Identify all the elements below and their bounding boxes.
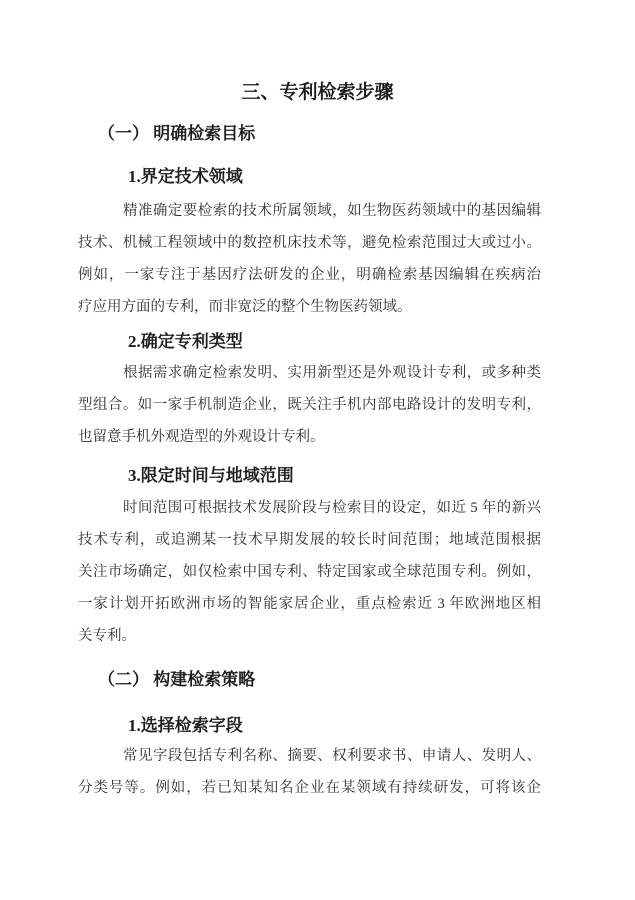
paragraph-line: 一家计划开拓欧洲市场的智能家居企业，重点检索近 3 年欧洲地区相 bbox=[78, 588, 541, 620]
paragraph-patent-type: 根据需求确定检索发明、实用新型还是外观设计专利，或多种类 型组合。如一家手机制造… bbox=[78, 357, 541, 453]
paragraph-line: 疗应用方面的专利，而非宽泛的整个生物医药领域。 bbox=[78, 291, 541, 323]
subsection-heading-2-1: 1.选择检索字段 bbox=[128, 717, 541, 735]
subsection-heading-1-2: 2.确定专利类型 bbox=[128, 333, 541, 351]
section-heading-2: （二） 构建检索策略 bbox=[98, 671, 541, 689]
section-heading-1: （一） 明确检索目标 bbox=[98, 125, 541, 143]
paragraph-line: 常见字段包括专利名称、摘要、权利要求书、申请人、发明人、 bbox=[78, 740, 541, 772]
paragraph-line: 关专利。 bbox=[78, 620, 541, 652]
paragraph-line: 分类号等。例如，若已知某知名企业在某领域有持续研发，可将该企 bbox=[78, 772, 541, 804]
paragraph-line: 时间范围可根据技术发展阶段与检索目的设定，如近 5 年的新兴 bbox=[78, 492, 541, 524]
paragraph-line: 型组合。如一家手机制造企业，既关注手机内部电路设计的发明专利， bbox=[78, 389, 541, 421]
subsection-heading-1-1: 1.界定技术领域 bbox=[128, 168, 541, 186]
subsection-heading-1-3: 3.限定时间与地域范围 bbox=[128, 467, 541, 485]
paragraph-line: 精准确定要检索的技术所属领域，如生物医药领域中的基因编辑 bbox=[78, 195, 541, 227]
paragraph-time-region-scope: 时间范围可根据技术发展阶段与检索目的设定，如近 5 年的新兴 技术专利，或追溯某… bbox=[78, 492, 541, 652]
document-body: （一） 明确检索目标 1.界定技术领域 精准确定要检索的技术所属领域，如生物医药… bbox=[78, 125, 541, 804]
paragraph-line: 技术、机械工程领域中的数控机床技术等，避免检索范围过大或过小。 bbox=[78, 227, 541, 259]
paragraph-line: 技术专利，或追溯某一技术早期发展的较长时间范围；地域范围根据 bbox=[78, 524, 541, 556]
paragraph-line: 根据需求确定检索发明、实用新型还是外观设计专利，或多种类 bbox=[78, 357, 541, 389]
document-page: 三、专利检索步骤 （一） 明确检索目标 1.界定技术领域 精准确定要检索的技术所… bbox=[0, 0, 635, 900]
paragraph-line: 关注市场确定，如仅检索中国专利、特定国家或全球范围专利。例如， bbox=[78, 556, 541, 588]
paragraph-line: 也留意手机外观造型的外观设计专利。 bbox=[78, 421, 541, 453]
paragraph-line: 例如，一家专注于基因疗法研发的企业，明确检索基因编辑在疾病治 bbox=[78, 259, 541, 291]
page-title: 三、专利检索步骤 bbox=[0, 0, 635, 103]
paragraph-search-fields: 常见字段包括专利名称、摘要、权利要求书、申请人、发明人、 分类号等。例如，若已知… bbox=[78, 740, 541, 804]
paragraph-define-tech-field: 精准确定要检索的技术所属领域，如生物医药领域中的基因编辑 技术、机械工程领域中的… bbox=[78, 195, 541, 323]
